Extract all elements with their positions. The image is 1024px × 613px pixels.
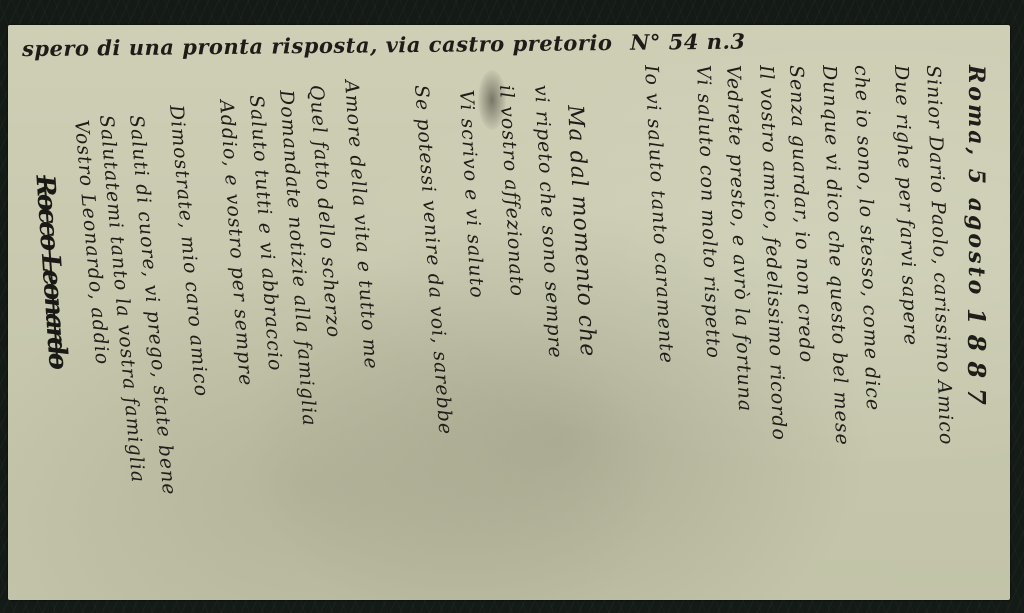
letter-line: Io vi saluto tanto caramente <box>641 65 676 365</box>
date-year: 1887 <box>962 308 991 415</box>
letter-line: vi ripeto che sono sempre <box>531 85 564 360</box>
letter-line: il vostro affezionato <box>496 85 526 298</box>
letter-line: Ma dal momento che <box>563 104 598 357</box>
letter-line: Senza guardar, io non credo <box>786 65 815 364</box>
letter-line: Il vostro amico, fedelissimo ricordo <box>756 65 788 442</box>
letter-line: che io sono, lo stesso, come dice <box>851 65 882 412</box>
letter-line: Dunque vi dico che questo bel mese <box>819 65 851 446</box>
address-line: spero di una pronta risposta, via castro… <box>22 26 1002 61</box>
letter-line: Sinior Dario Paolo, carissimo Amico <box>923 65 955 446</box>
place-date: Roma, 5 agosto <box>963 65 989 297</box>
letter-line: Dimostrate, mio caro amico <box>166 104 210 398</box>
address-reference: N° 54 n.3 <box>630 29 745 55</box>
letter-line: Due righe per farvi sapere <box>891 65 920 347</box>
letter-body: Roma, 5 agosto 1887 Sinior Dario Paolo, … <box>8 65 1010 600</box>
letter-line: Vi scrivo e vi saluto <box>456 90 486 300</box>
postcard: spero di una pronta risposta, via castro… <box>8 25 1010 600</box>
letter-line: Amore della vita e tutto me <box>341 79 380 370</box>
letter-line: Se potessi venire da voi, sarebbe <box>411 84 454 435</box>
letter-line: Vi saluto con molto rispetto <box>693 65 722 360</box>
letter-line-date: Roma, 5 agosto 1887 <box>964 65 988 415</box>
letter-line: Vedrete presto, e avrò la fortuna <box>723 65 754 413</box>
address-text: spero di una pronta risposta, via castro… <box>22 30 613 61</box>
